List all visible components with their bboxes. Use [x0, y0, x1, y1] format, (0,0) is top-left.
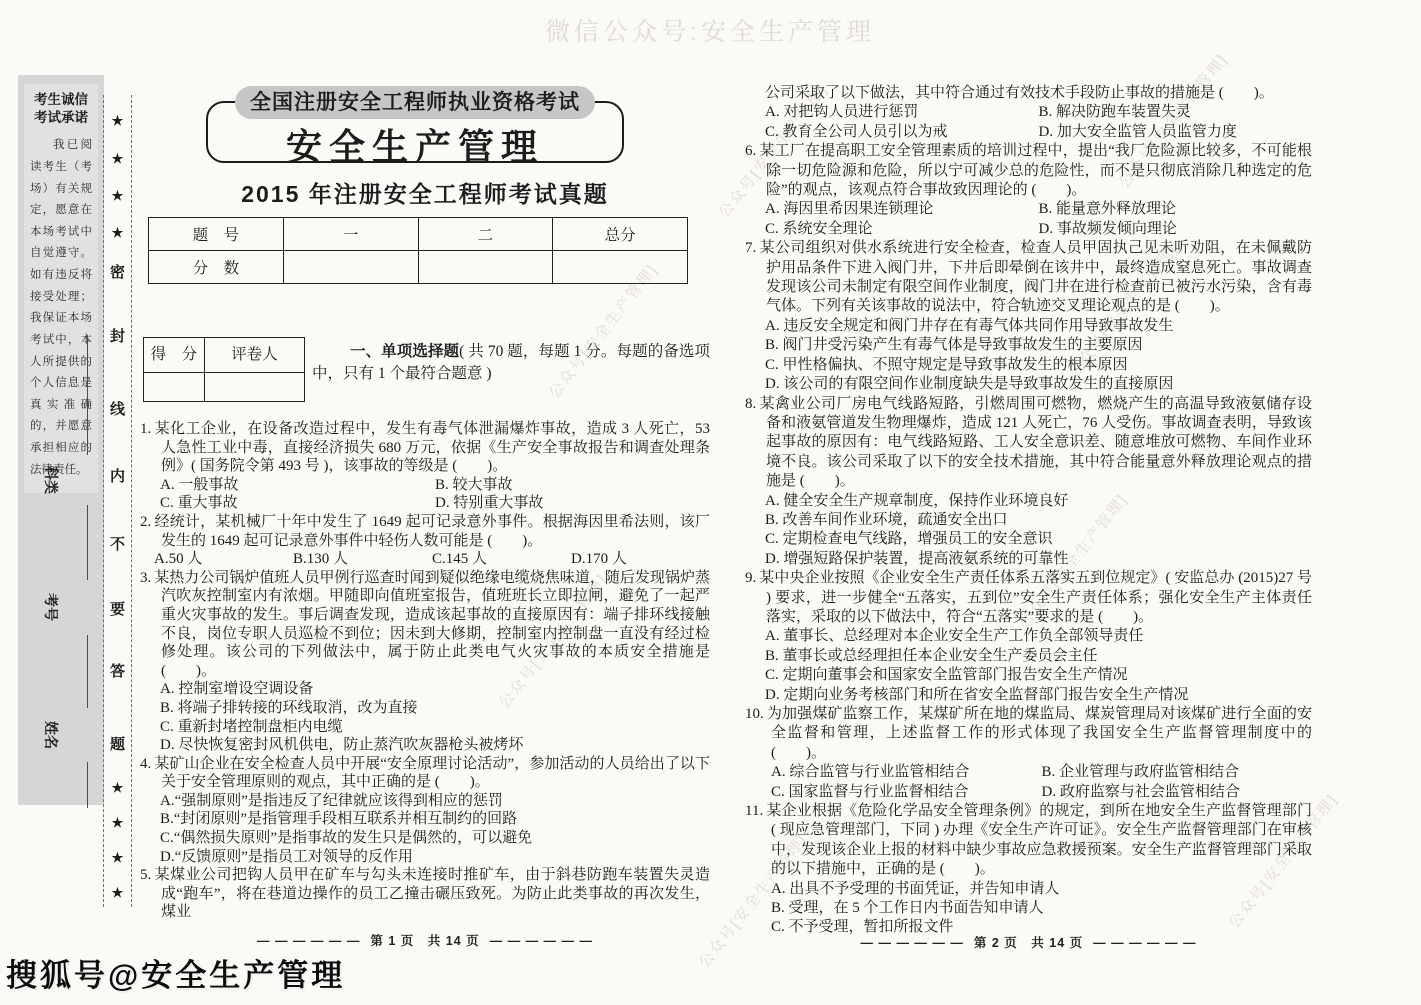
score-cell: [553, 251, 688, 284]
seal-char: 封: [104, 325, 131, 346]
option-d: D.170 人: [571, 550, 710, 569]
section-heading: 一、单项选择题( 共 70 题，每题 1 分。每题的备选项中，只有 1 个最符合…: [312, 341, 710, 385]
question-4: 4.某矿山企业在安全检查人员中开展“安全原理讨论活动”，参加活动的人员给出了以下…: [140, 755, 710, 867]
score-cell: [418, 251, 553, 284]
question-options: A. 违反安全规定和阀门井存在有毒气体共同作用导致事故发生 B. 阀门井受污染产…: [745, 317, 1312, 395]
fill-in-line: [87, 505, 88, 580]
exam-title-box: 全国注册安全工程师执业资格考试 安全生产管理: [206, 101, 624, 163]
option-c: C. 重新封堵控制盘柜内电缆: [160, 718, 710, 737]
option-b: B. 企业管理与政府监管相结合: [1042, 763, 1313, 782]
footer-dashes: — — — — — —: [1093, 936, 1196, 950]
option-d: D. 政府监察与社会监管相结合: [1042, 783, 1313, 802]
option-d: D. 定期向业务考核部门和所在省安全监督部门报告安全生产情况: [765, 686, 1312, 705]
seal-line-strip: ★ ★ ★ ★ 密 封 线 内 不 要 答 题 ★ ★ ★ ★: [103, 95, 132, 907]
fill-in-line: [87, 335, 88, 455]
question-5: 5.某煤业公司把钩人员甲在矿车与勾头未连接时推矿车，由于斜巷防跑车装置失灵造成“…: [140, 866, 710, 922]
score-cell: [283, 251, 418, 284]
option-b: B. 解决防跑车装置失灵: [1039, 103, 1313, 122]
exam-paper-page: 微信公众号:安全生产管理 公众号[安全生产管理] 公众号[安全生产管理] 公众号…: [0, 0, 1421, 1005]
option-b: B. 改善车间作业环境，疏通安全出口: [765, 511, 1312, 530]
question-options: A. 海因里希因果连锁理论 B. 能量意外释放理论 C. 系统安全理论 D. 事…: [745, 200, 1312, 239]
option-c: C. 重大事故: [160, 494, 435, 513]
footer-dashes: — — — — — —: [861, 936, 964, 950]
table-row: 分 数: [149, 251, 688, 284]
question-number: 7.: [745, 240, 756, 256]
option-b: B. 阀门井受污染产生有毒气体是导致事故发生的主要原因: [765, 336, 1312, 355]
option-d: D. 事故频发倾向理论: [1039, 220, 1313, 239]
star-icon: ★: [104, 113, 131, 129]
question-text: 某热力公司锅炉值班人员甲例行巡查时闻到疑似绝缘电缆烧焦味道，随后发现锅炉蒸汽吹灰…: [154, 570, 710, 679]
header-section-one: 一: [283, 218, 418, 251]
question-text: 某中央企业按照《企业安全生产责任体系五落实五到位规定》( 安监总办 (2015)…: [759, 570, 1312, 625]
grader-score-box: 得 分 评卷人: [143, 337, 305, 402]
score-summary-table: 题 号 一 二 总分 分 数: [148, 217, 688, 284]
question-options: A. 一般事故 B. 较大事故 C. 重大事故 D. 特别重大事故: [140, 476, 710, 513]
option-c: C. 教育全公司人员引以为戒: [765, 123, 1039, 142]
option-a: A. 综合监管与行业监管相结合: [771, 763, 1042, 782]
question-number: 9.: [745, 570, 756, 586]
option-d: D.“反馈原则”是指员工对领导的反作用: [160, 848, 710, 867]
subject-field-label: 科类: [40, 460, 58, 500]
fill-in-line: [87, 762, 88, 808]
section-title: 一、单项选择题: [350, 343, 459, 360]
right-column: 公司采取了以下做法，其中符合通过有效技术手段防止事故的措施是 ( )。 A. 对…: [745, 84, 1312, 938]
option-b: B.130 人: [293, 550, 432, 569]
option-c: C. 定期检查电气线路，增强员工的安全意识: [765, 530, 1312, 549]
fill-in-line: [87, 635, 88, 708]
seal-char: 内: [104, 465, 131, 486]
page-footer-left: — — — — — —第 1 页 共 14 页— — — — — —: [140, 931, 710, 949]
exam-subtitle: 2015 年注册安全工程师考试真题: [140, 176, 710, 209]
option-d: D. 特别重大事故: [435, 494, 710, 513]
option-d: D. 该公司的有限空间作业制度缺失是导致事故发生的直接原因: [765, 375, 1312, 394]
question-text: 某禽业公司厂房电气线路短路，引燃周围可燃物，燃烧产生的高温导致液氨储存设备和液氨…: [759, 396, 1312, 490]
question-6: 6.某工厂在提高职工安全管理素质的培训过程中，提出“我厂危险源比较多，不可能根除…: [745, 142, 1312, 239]
candidate-number-field-label: 考号: [40, 587, 58, 627]
exam-series-badge: 全国注册安全工程师执业资格考试: [235, 86, 595, 119]
pledge-title: 考生诚信 考试承诺: [30, 91, 92, 127]
option-b: B. 能量意外释放理论: [1039, 200, 1313, 219]
question-2: 2.经统计，某机械厂十年中发生了 1649 起可记录意外事件。根据海因里希法则，…: [140, 513, 710, 569]
question-number: 8.: [745, 396, 756, 412]
question-options: A. 控制室增设空调设备 B. 将端子排转接的环线取消，改为直接 C. 重新封堵…: [140, 680, 710, 754]
option-b: B.“封闭原则”是指管理手段相互联系并相互制约的回路: [160, 810, 710, 829]
header-total-score: 总分: [553, 218, 688, 251]
question-number: 10.: [745, 706, 764, 722]
option-c: C. 甲性格偏执、不照守规定是导致事故发生的根本原因: [765, 356, 1312, 375]
option-c: C.145 人: [432, 550, 571, 569]
star-icon: ★: [104, 151, 131, 167]
question-options: A. 综合监管与行业监管相结合 B. 企业管理与政府监管相结合 C. 国家监督与…: [745, 763, 1312, 802]
option-a: A. 董事长、总经理对本企业安全生产工作负全部领导责任: [765, 627, 1312, 646]
seal-char: 线: [104, 398, 131, 419]
question-text: 某化工企业，在设备改造过程中，发生有毒气体泄漏爆炸事故，造成 3 人死亡，53 …: [154, 421, 710, 474]
question-number: 11.: [745, 803, 763, 819]
question-10: 10.为加强煤矿监察工作，某煤矿所在地的煤监局、煤炭管理局对该煤矿进行全面的安全…: [745, 705, 1312, 802]
question-options: A. 董事长、总经理对本企业安全生产工作负全部领导责任 B. 董事长或总经理担任…: [745, 627, 1312, 705]
header-section-two: 二: [418, 218, 553, 251]
option-d: D. 加大安全监管人员监管力度: [1039, 123, 1313, 142]
option-c: C. 国家监督与行业监督相结合: [771, 783, 1042, 802]
question-text: 某工厂在提高职工安全管理素质的培训过程中，提出“我厂危险源比较多，不可能根除一切…: [759, 143, 1312, 198]
page-number: 第 2 页 共 14 页: [974, 936, 1083, 950]
page-footer-right: — — — — — —第 2 页 共 14 页— — — — — —: [745, 933, 1312, 951]
score-label: 得 分: [144, 338, 205, 373]
option-b: B. 较大事故: [435, 476, 710, 495]
option-b: B. 受理，在 5 个工作日内书面告知申请人: [771, 899, 1312, 918]
question-number: 1.: [140, 421, 151, 437]
star-icon: ★: [104, 780, 131, 796]
question-3: 3.某热力公司锅炉值班人员甲例行巡查时闻到疑似绝缘电缆烧焦味道，随后发现锅炉蒸汽…: [140, 569, 710, 755]
seal-char: 答: [104, 660, 131, 681]
footer-dashes: — — — — — —: [257, 934, 360, 948]
question-8: 8.某禽业公司厂房电气线路短路，引燃周围可燃物，燃烧产生的高温导致液氨储存设备和…: [745, 395, 1312, 570]
question-5-continued: 公司采取了以下做法，其中符合通过有效技术手段防止事故的措施是 ( )。 A. 对…: [745, 84, 1312, 142]
question-text: 某煤业公司把钩人员甲在矿车与勾头未连接时推矿车，由于斜巷防跑车装置失灵造成“跑车…: [154, 867, 710, 920]
question-text: 某矿山企业在安全检查人员中开展“安全原理讨论活动”，参加活动的人员给出了以下关于…: [154, 756, 710, 791]
question-number: 6.: [745, 143, 756, 159]
question-number: 2.: [140, 514, 151, 530]
option-c: C.“偶然损失原则”是指事故的发生只是偶然的，可以避免: [160, 829, 710, 848]
question-number: 5.: [140, 867, 151, 883]
option-a: A.50 人: [154, 550, 293, 569]
name-field-label: 姓名: [40, 715, 58, 755]
option-a: A. 一般事故: [160, 476, 435, 495]
option-c: C. 定期向董事会和国家安全监管部门报告安全生产情况: [765, 666, 1312, 685]
page-number: 第 1 页 共 14 页: [370, 934, 479, 948]
star-icon: ★: [104, 885, 131, 901]
question-number: 3.: [140, 570, 151, 586]
option-b: B. 董事长或总经理担任本企业安全生产委员会主任: [765, 647, 1312, 666]
seal-char: 要: [104, 598, 131, 619]
question-text: 某公司组织对供水系统进行安全检查，检查人员甲固执己见未听劝阻，在未佩戴防护用品条…: [759, 240, 1312, 314]
table-row: 题 号 一 二 总分: [149, 218, 688, 251]
exam-margin-sidebar: 考生诚信 考试承诺 我已阅读考生（考场）有关规定，愿意在本场考试中自觉遵守。如有…: [18, 75, 104, 805]
seal-char: 密: [104, 261, 131, 282]
question-7: 7.某公司组织对供水系统进行安全检查，检查人员甲固执己见未听劝阻，在未佩戴防护用…: [745, 239, 1312, 394]
option-b: B. 将端子排转接的环线取消，改为直接: [160, 699, 710, 718]
question-text: 经统计，某机械厂十年中发生了 1649 起可记录意外事件。根据海因里希法则，该厂…: [154, 514, 710, 549]
left-column: 1.某化工企业，在设备改造过程中，发生有毒气体泄漏爆炸事故，造成 3 人死亡，5…: [140, 420, 710, 922]
star-icon: ★: [104, 188, 131, 204]
question-options: A. 对把钩人员进行惩罚 B. 解决防跑车装置失灵 C. 教育全公司人员引以为戒…: [745, 103, 1312, 142]
option-a: A. 健全安全生产规章制度，保持作业环境良好: [765, 492, 1312, 511]
question-text: 为加强煤矿监察工作，某煤矿所在地的煤监局、煤炭管理局对该煤矿进行全面的安全监督和…: [767, 706, 1312, 761]
question-options: A.“强制原则”是指违反了纪律就应该得到相应的惩罚 B.“封闭原则”是指管理手段…: [140, 792, 710, 866]
star-icon: ★: [104, 815, 131, 831]
grader-cell: [205, 373, 304, 401]
star-icon: ★: [104, 225, 131, 241]
question-number: 4.: [140, 756, 151, 772]
question-text-continued: 公司采取了以下做法，其中符合通过有效技术手段防止事故的措施是 ( )。: [745, 84, 1312, 103]
option-d: D. 增强短路保护装置，提高液氨系统的可靠性: [765, 550, 1312, 569]
question-options: A.50 人 B.130 人 C.145 人 D.170 人: [140, 550, 710, 569]
question-options: A. 健全安全生产规章制度，保持作业环境良好 B. 改善车间作业环境，疏通安全出…: [745, 492, 1312, 570]
option-a: A.“强制原则”是指违反了纪律就应该得到相应的惩罚: [160, 792, 710, 811]
score-cell: [144, 373, 205, 401]
question-text: 某企业根据《危险化学品安全管理条例》的规定，到所在地安全生产监督管理部门 ( 现…: [766, 803, 1312, 877]
footer-dashes: — — — — — —: [490, 934, 593, 948]
score-row-label: 分 数: [149, 251, 284, 284]
question-9: 9.某中央企业按照《企业安全生产责任体系五落实五到位规定》( 安监总办 (201…: [745, 569, 1312, 705]
header-question-number: 题 号: [149, 218, 284, 251]
pledge-text: 我已阅读考生（考场）有关规定，愿意在本场考试中自觉遵守。如有违反将接受处理；我保…: [30, 135, 92, 481]
star-icon: ★: [104, 850, 131, 866]
option-a: A. 违反安全规定和阀门井存在有毒气体共同作用导致事故发生: [765, 317, 1312, 336]
option-c: C. 系统安全理论: [765, 220, 1039, 239]
wechat-watermark: 微信公众号:安全生产管理: [545, 12, 875, 48]
option-a: A. 对把钩人员进行惩罚: [765, 103, 1039, 122]
seal-char: 不: [104, 533, 131, 554]
sohu-watermark: 搜狐号@安全生产管理: [6, 950, 345, 995]
option-a: A. 出具不予受理的书面凭证，并告知申请人: [771, 880, 1312, 899]
grader-label: 评卷人: [205, 338, 304, 373]
option-a: A. 控制室增设空调设备: [160, 680, 710, 699]
question-options: A. 出具不予受理的书面凭证，并告知申请人 B. 受理，在 5 个工作日内书面告…: [745, 880, 1312, 938]
option-a: A. 海因里希因果连锁理论: [765, 200, 1039, 219]
seal-char: 题: [104, 733, 131, 754]
question-11: 11.某企业根据《危险化学品安全管理条例》的规定，到所在地安全生产监督管理部门 …: [745, 802, 1312, 938]
question-1: 1.某化工企业，在设备改造过程中，发生有毒气体泄漏爆炸事故，造成 3 人死亡，5…: [140, 420, 710, 513]
option-d: D. 尽快恢复密封风机供电，防止蒸汽吹灰器枪头被烤坏: [160, 736, 710, 755]
